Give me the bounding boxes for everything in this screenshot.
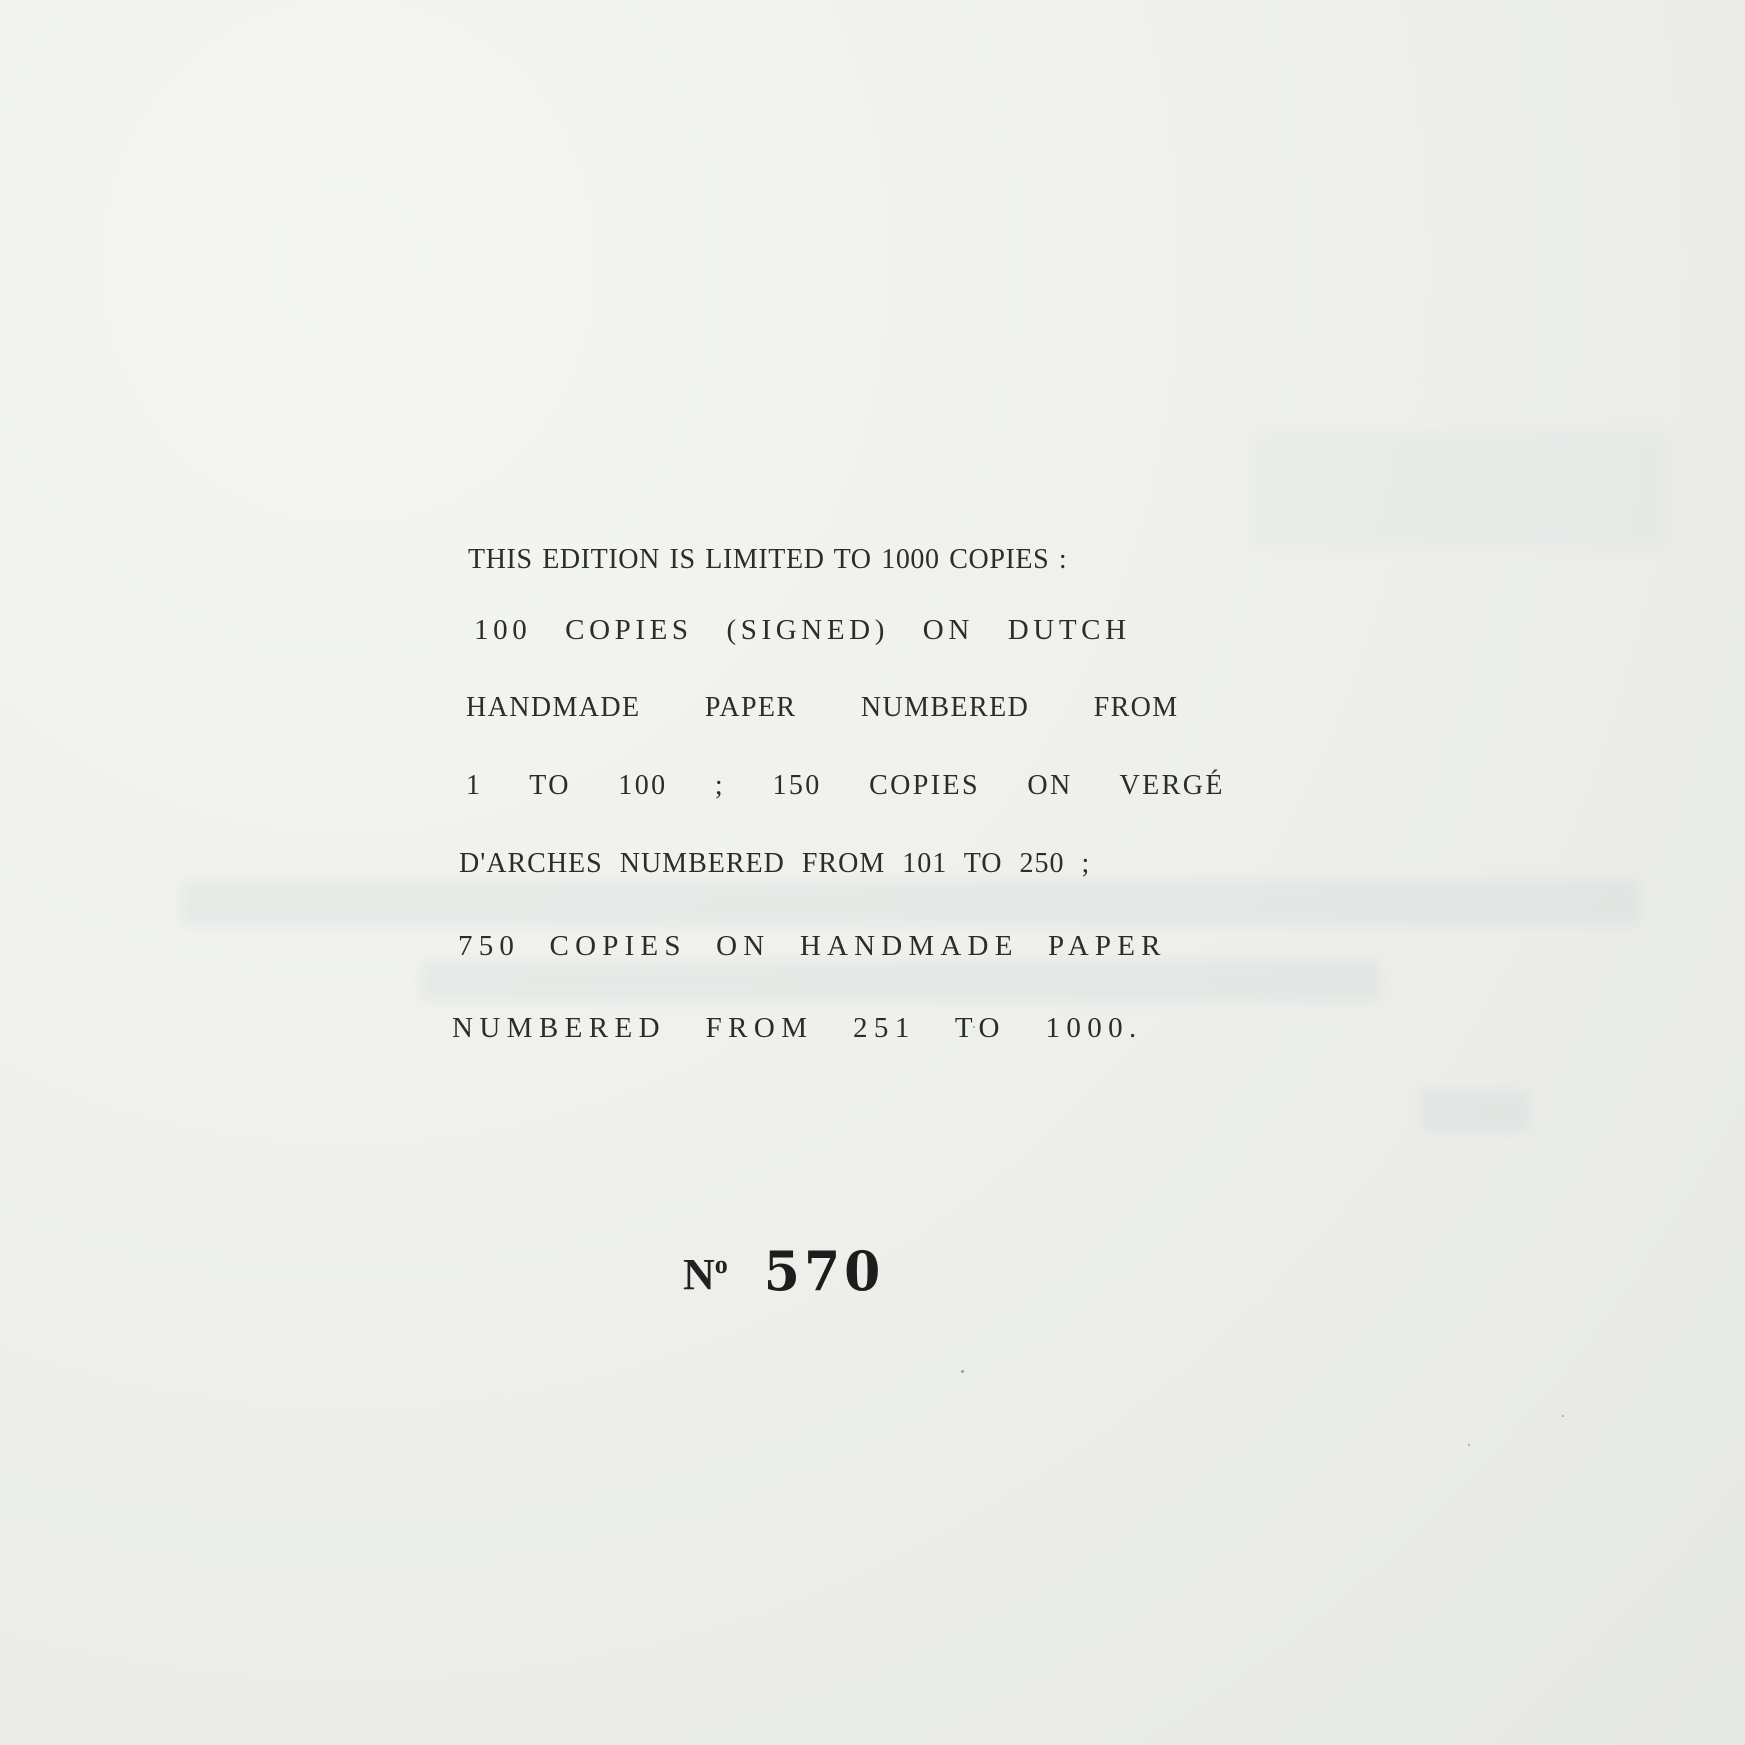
- show-through-text: [1250, 430, 1670, 550]
- number-label-o: o: [715, 1250, 728, 1279]
- paper-speck: [1562, 1415, 1564, 1417]
- show-through-text: [420, 960, 1380, 1002]
- colophon-line-4: 1 to 100 ; 150 copies on vergé: [466, 772, 1225, 800]
- colophon-line-2: 100 copies (signed) on Dutch: [474, 616, 1131, 645]
- book-page: This edition is limited to 1000 copies :…: [0, 0, 1745, 1745]
- paper-speck: [973, 1026, 975, 1028]
- number-label: No: [683, 1250, 728, 1299]
- edition-number: No570: [683, 1246, 884, 1298]
- number-label-n: N: [683, 1250, 715, 1299]
- paper-speck: [961, 1370, 964, 1373]
- colophon-line-6: 750 copies on handmade paper: [458, 932, 1167, 961]
- show-through-text: [1420, 1090, 1530, 1132]
- colophon-line-7: numbered from 251 to 1000.: [452, 1014, 1143, 1043]
- show-through-text: [180, 880, 1640, 926]
- colophon-line-1: This edition is limited to 1000 copies :: [468, 546, 1067, 574]
- colophon-line-3: handmade paper numbered from: [466, 694, 1179, 722]
- paper-speck: [1468, 1444, 1470, 1446]
- colophon-line-5: d'Arches numbered from 101 to 250 ;: [459, 850, 1090, 878]
- edition-number-value: 570: [764, 1245, 885, 1300]
